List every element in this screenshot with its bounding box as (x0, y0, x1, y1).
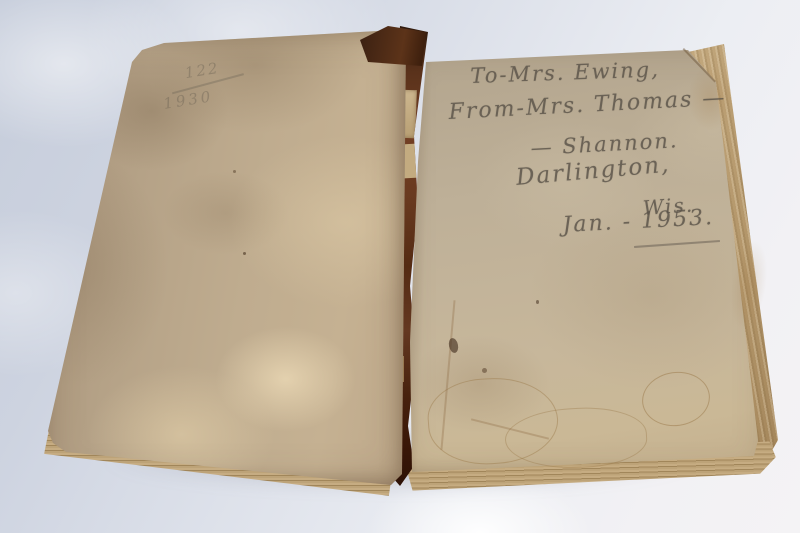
paper-speck (243, 252, 246, 255)
paper-speck (536, 300, 539, 304)
paper-speck (233, 170, 236, 173)
mildew-spot (482, 368, 487, 373)
faint-pencil-denominator: 1930 (162, 87, 214, 113)
faint-pencil-numerator: 122 (184, 59, 221, 82)
photo-of-open-antique-book: To-Mrs. Ewing, From-Mrs. Thomas — — Shan… (0, 0, 800, 533)
